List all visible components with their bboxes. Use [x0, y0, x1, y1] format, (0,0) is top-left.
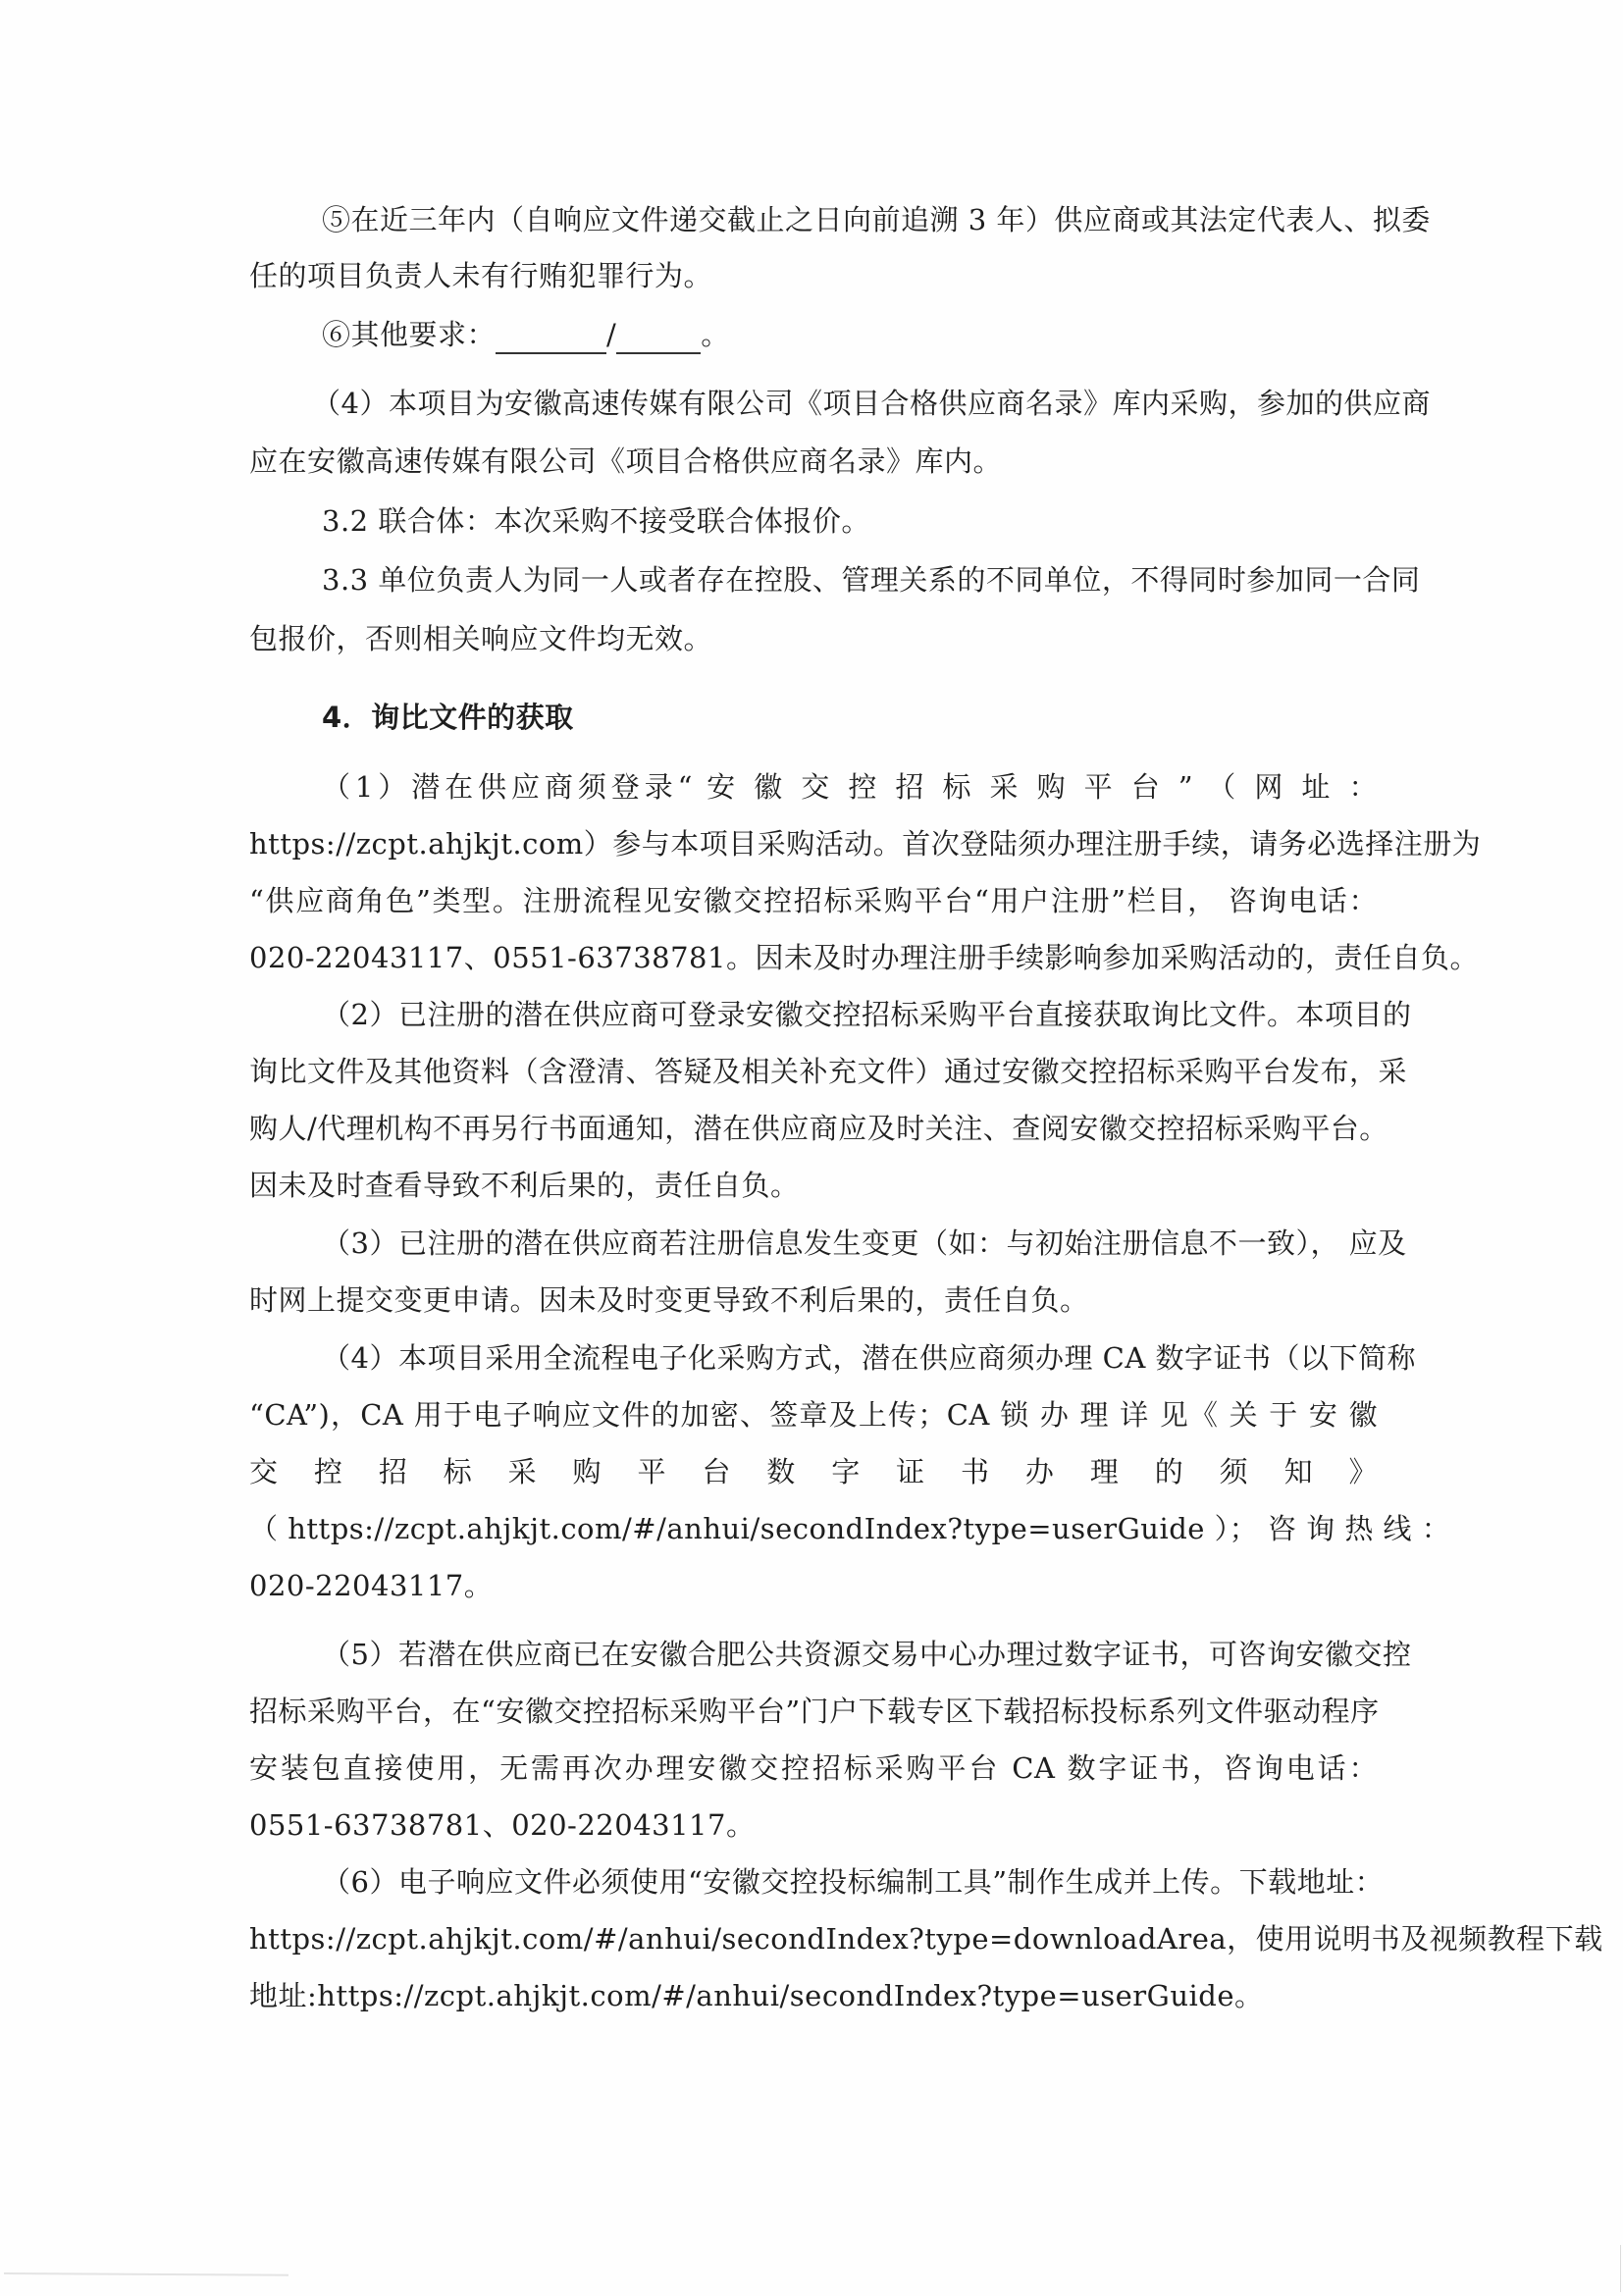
- s4-item-5-line-4: 0551-63738781、020-22043117。: [249, 1805, 755, 1845]
- s4-item-2-line-1: （2）已注册的潜在供应商可登录安徽交控招标采购平台直接获取询比文件。本项目的: [322, 995, 1378, 1034]
- blank-separator: /: [606, 318, 616, 351]
- scan-artifact-bottom-line: [4, 2272, 288, 2276]
- requirement-6-end: 。: [701, 318, 730, 351]
- item-4-line-2: 应在安徽高速传媒有限公司《项目合格供应商名录》库内。: [249, 442, 1002, 481]
- s4-item-1-line-3: “供应商角色”类型。注册流程见安徽交控招标采购平台“用户注册”栏目， 咨询电话：: [249, 881, 1378, 920]
- scan-artifact-right-edge: [1620, 2245, 1621, 2292]
- requirement-5-line-2: 任的项目负责人未有行贿犯罪行为。: [249, 256, 712, 295]
- clause-3-3-line-1: 3.3 单位负责人为同一人或者存在控股、管理关系的不同单位，不得同时参加同一合同: [322, 560, 1378, 600]
- s4-item-3-line-2: 时网上提交变更申请。因未及时变更导致不利后果的，责任自负。: [249, 1280, 1089, 1320]
- s4-item-4-line-4-guide-link: （ https://zcpt.ahjkjt.com/#/anhui/second…: [249, 1509, 1378, 1548]
- s4-item-6-line-1: （6）电子响应文件必须使用“安徽交控投标编制工具”制作生成并上传。下载地址：: [322, 1862, 1378, 1902]
- s4-item-2-line-3: 购人/代理机构不再另行书面通知，潜在供应商应及时关注、查阅安徽交控招标采购平台。: [249, 1109, 1378, 1148]
- s4-item-5-line-1: （5）若潜在供应商已在安徽合肥公共资源交易中心办理过数字证书，可咨询安徽交控: [322, 1635, 1378, 1674]
- s4-item-4-line-3: 交 控 招 标 采 购 平 台 数 字 证 书 办 理 的 须 知 》: [249, 1452, 1378, 1491]
- s4-item-6-line-3-guide-link: 地址:https://zcpt.ahjkjt.com/#/anhui/secon…: [249, 1976, 1264, 2015]
- blank-field-2: [616, 325, 701, 354]
- s4-item-4-line-2: “CA”)，CA 用于电子响应文件的加密、签章及上传；CA 锁 办 理 详 见《…: [249, 1395, 1378, 1435]
- clause-3-3-line-2: 包报价，否则相关响应文件均无效。: [249, 619, 712, 658]
- s4-item-2-line-2: 询比文件及其他资料（含澄清、答疑及相关补充文件）通过安徽交控招标采购平台发布，采: [249, 1052, 1378, 1091]
- blank-field-1: [496, 325, 606, 354]
- s4-item-3-line-1: （3）已注册的潜在供应商若注册信息发生变更（如：与初始注册信息不一致）， 应及: [322, 1224, 1378, 1263]
- s4-item-5-line-2: 招标采购平台，在“安徽交控招标采购平台”门户下载专区下载招标投标系列文件驱动程序: [249, 1692, 1378, 1731]
- section-4-heading: 4．询比文件的获取: [322, 698, 574, 737]
- requirement-6-label: ⑥其他要求：: [322, 318, 496, 351]
- scanned-document-page: ⑤在近三年内（自响应文件递交截止之日向前追溯 3 年）供应商或其法定代表人、拟委…: [0, 0, 1623, 2296]
- s4-item-1-line-2: https://zcpt.ahjkjt.com）参与本项目采购活动。首次登陆须办…: [249, 824, 1378, 863]
- item-4-line-1: （4）本项目为安徽高速传媒有限公司《项目合格供应商名录》库内采购，参加的供应商: [312, 384, 1378, 423]
- s4-item-4-line-1: （4）本项目采用全流程电子化采购方式，潜在供应商须办理 CA 数字证书（以下简称: [322, 1338, 1378, 1378]
- s4-item-6-line-2-download-link: https://zcpt.ahjkjt.com/#/anhui/secondIn…: [249, 1919, 1378, 1958]
- requirement-6: ⑥其他要求：/。: [322, 315, 730, 354]
- clause-3-2: 3.2 联合体：本次采购不接受联合体报价。: [322, 501, 870, 541]
- s4-item-2-line-4: 因未及时查看导致不利后果的，责任自负。: [249, 1166, 800, 1205]
- requirement-5-line-1: ⑤在近三年内（自响应文件递交截止之日向前追溯 3 年）供应商或其法定代表人、拟委: [322, 200, 1378, 239]
- s4-item-5-line-3: 安装包直接使用，无需再次办理安徽交控招标采购平台 CA 数字证书，咨询电话：: [249, 1748, 1378, 1788]
- s4-item-4-line-5: 020-22043117。: [249, 1566, 493, 1605]
- s4-item-1-line-1: （1）潜在供应商须登录“ 安 徽 交 控 招 标 采 购 平 台 ” （ 网 址…: [322, 767, 1378, 807]
- s4-item-1-line-4: 020-22043117、0551-63738781。因未及时办理注册手续影响参…: [249, 938, 1479, 977]
